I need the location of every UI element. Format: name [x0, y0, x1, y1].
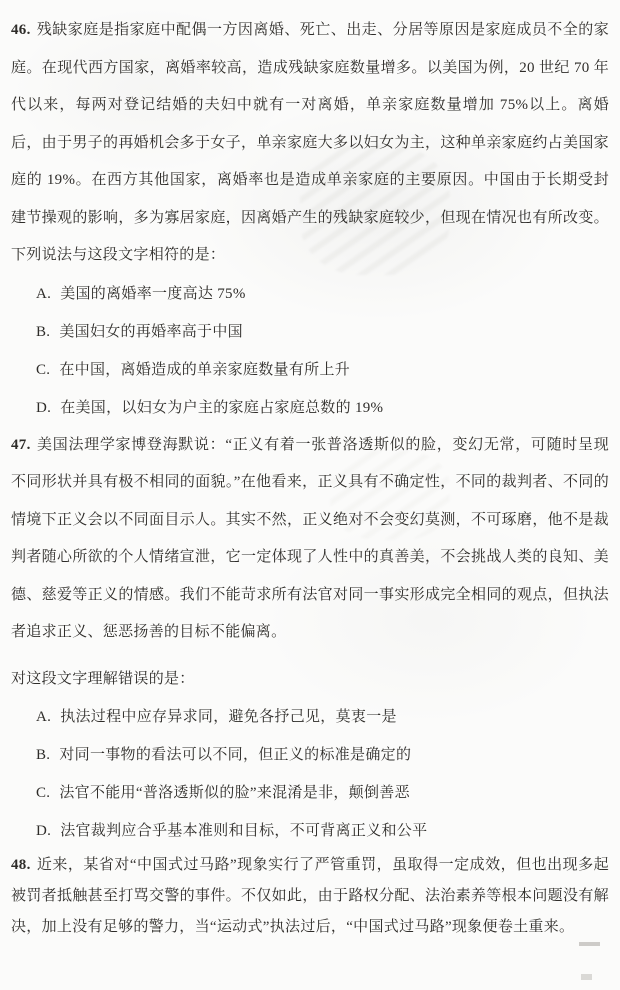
option-text: 执法过程中应存异求同，避免各抒己见，莫衷一是 [60, 709, 397, 725]
option-d: D.在美国，以妇女为户主的家庭占家庭总数的 19% [11, 389, 609, 427]
question-stem-text: 美国法理学家博登海默说：“正义有着一张普洛透斯似的脸，变幻无常，可随时呈现不同形… [11, 437, 609, 641]
option-text: 美国的离婚率一度高达 75% [60, 286, 245, 302]
question-stem: 47.美国法理学家博登海默说：“正义有着一张普洛透斯似的脸，变幻无常，可随时呈现… [11, 427, 609, 652]
question-stem: 46.残缺家庭是指家庭中配偶一方因离婚、死亡、出走、分居等原因是家庭成员不全的家… [11, 12, 609, 275]
option-label: C. [36, 785, 59, 801]
option-label: D. [36, 823, 60, 839]
option-label: D. [36, 400, 60, 416]
option-label: B. [36, 324, 59, 340]
question-number: 47. [11, 437, 37, 453]
option-a: A.美国的离婚率一度高达 75% [11, 275, 609, 313]
option-text: 在美国，以妇女为户主的家庭占家庭总数的 19% [60, 400, 383, 416]
question-46: 46.残缺家庭是指家庭中配偶一方因离婚、死亡、出走、分居等原因是家庭成员不全的家… [11, 12, 609, 427]
option-label: B. [36, 747, 59, 763]
options-list: A.执法过程中应存异求同，避免各抒己见，莫衷一是 B.对同一事物的看法可以不同，… [11, 698, 609, 850]
question-stem: 48.近来，某省对“中国式过马路”现象实行了严管重罚，虽取得一定成效，但也出现多… [11, 850, 609, 943]
question-prompt: 对这段文字理解错误的是： [11, 660, 609, 698]
question-47: 47.美国法理学家博登海默说：“正义有着一张普洛透斯似的脸，变幻无常，可随时呈现… [11, 427, 609, 850]
option-d: D.法官裁判应合乎基本准则和目标，不可背离正义和公平 [11, 812, 609, 850]
option-label: C. [36, 362, 59, 378]
option-text: 对同一事物的看法可以不同，但正义的标准是确定的 [59, 747, 411, 763]
option-text: 在中国，离婚造成的单亲家庭数量有所上升 [59, 362, 350, 378]
option-text: 法官裁判应合乎基本准则和目标，不可背离正义和公平 [60, 823, 427, 839]
scan-artifact [581, 974, 592, 980]
option-b: B.美国妇女的再婚率高于中国 [11, 313, 609, 351]
option-text: 美国妇女的再婚率高于中国 [59, 324, 243, 340]
options-list: A.美国的离婚率一度高达 75% B.美国妇女的再婚率高于中国 C.在中国，离婚… [11, 275, 609, 427]
question-48: 48.近来，某省对“中国式过马路”现象实行了严管重罚，虽取得一定成效，但也出现多… [11, 850, 609, 943]
option-b: B.对同一事物的看法可以不同，但正义的标准是确定的 [11, 736, 609, 774]
option-c: C.在中国，离婚造成的单亲家庭数量有所上升 [11, 351, 609, 389]
question-number: 48. [11, 857, 37, 873]
question-number: 46. [11, 22, 37, 38]
exam-page: 46.残缺家庭是指家庭中配偶一方因离婚、死亡、出走、分居等原因是家庭成员不全的家… [0, 0, 620, 990]
option-label: A. [36, 286, 60, 302]
option-label: A. [36, 709, 60, 725]
question-stem-text: 近来，某省对“中国式过马路”现象实行了严管重罚，虽取得一定成效，但也出现多起被罚… [11, 857, 609, 935]
option-c: C.法官不能用“普洛透斯似的脸”来混淆是非，颠倒善恶 [11, 774, 609, 812]
page-content: 46.残缺家庭是指家庭中配偶一方因离婚、死亡、出走、分居等原因是家庭成员不全的家… [11, 12, 609, 943]
option-a: A.执法过程中应存异求同，避免各抒己见，莫衷一是 [11, 698, 609, 736]
option-text: 法官不能用“普洛透斯似的脸”来混淆是非，颠倒善恶 [59, 785, 410, 801]
question-stem-text: 残缺家庭是指家庭中配偶一方因离婚、死亡、出走、分居等原因是家庭成员不全的家庭。在… [11, 22, 609, 263]
scan-artifact [579, 942, 600, 946]
